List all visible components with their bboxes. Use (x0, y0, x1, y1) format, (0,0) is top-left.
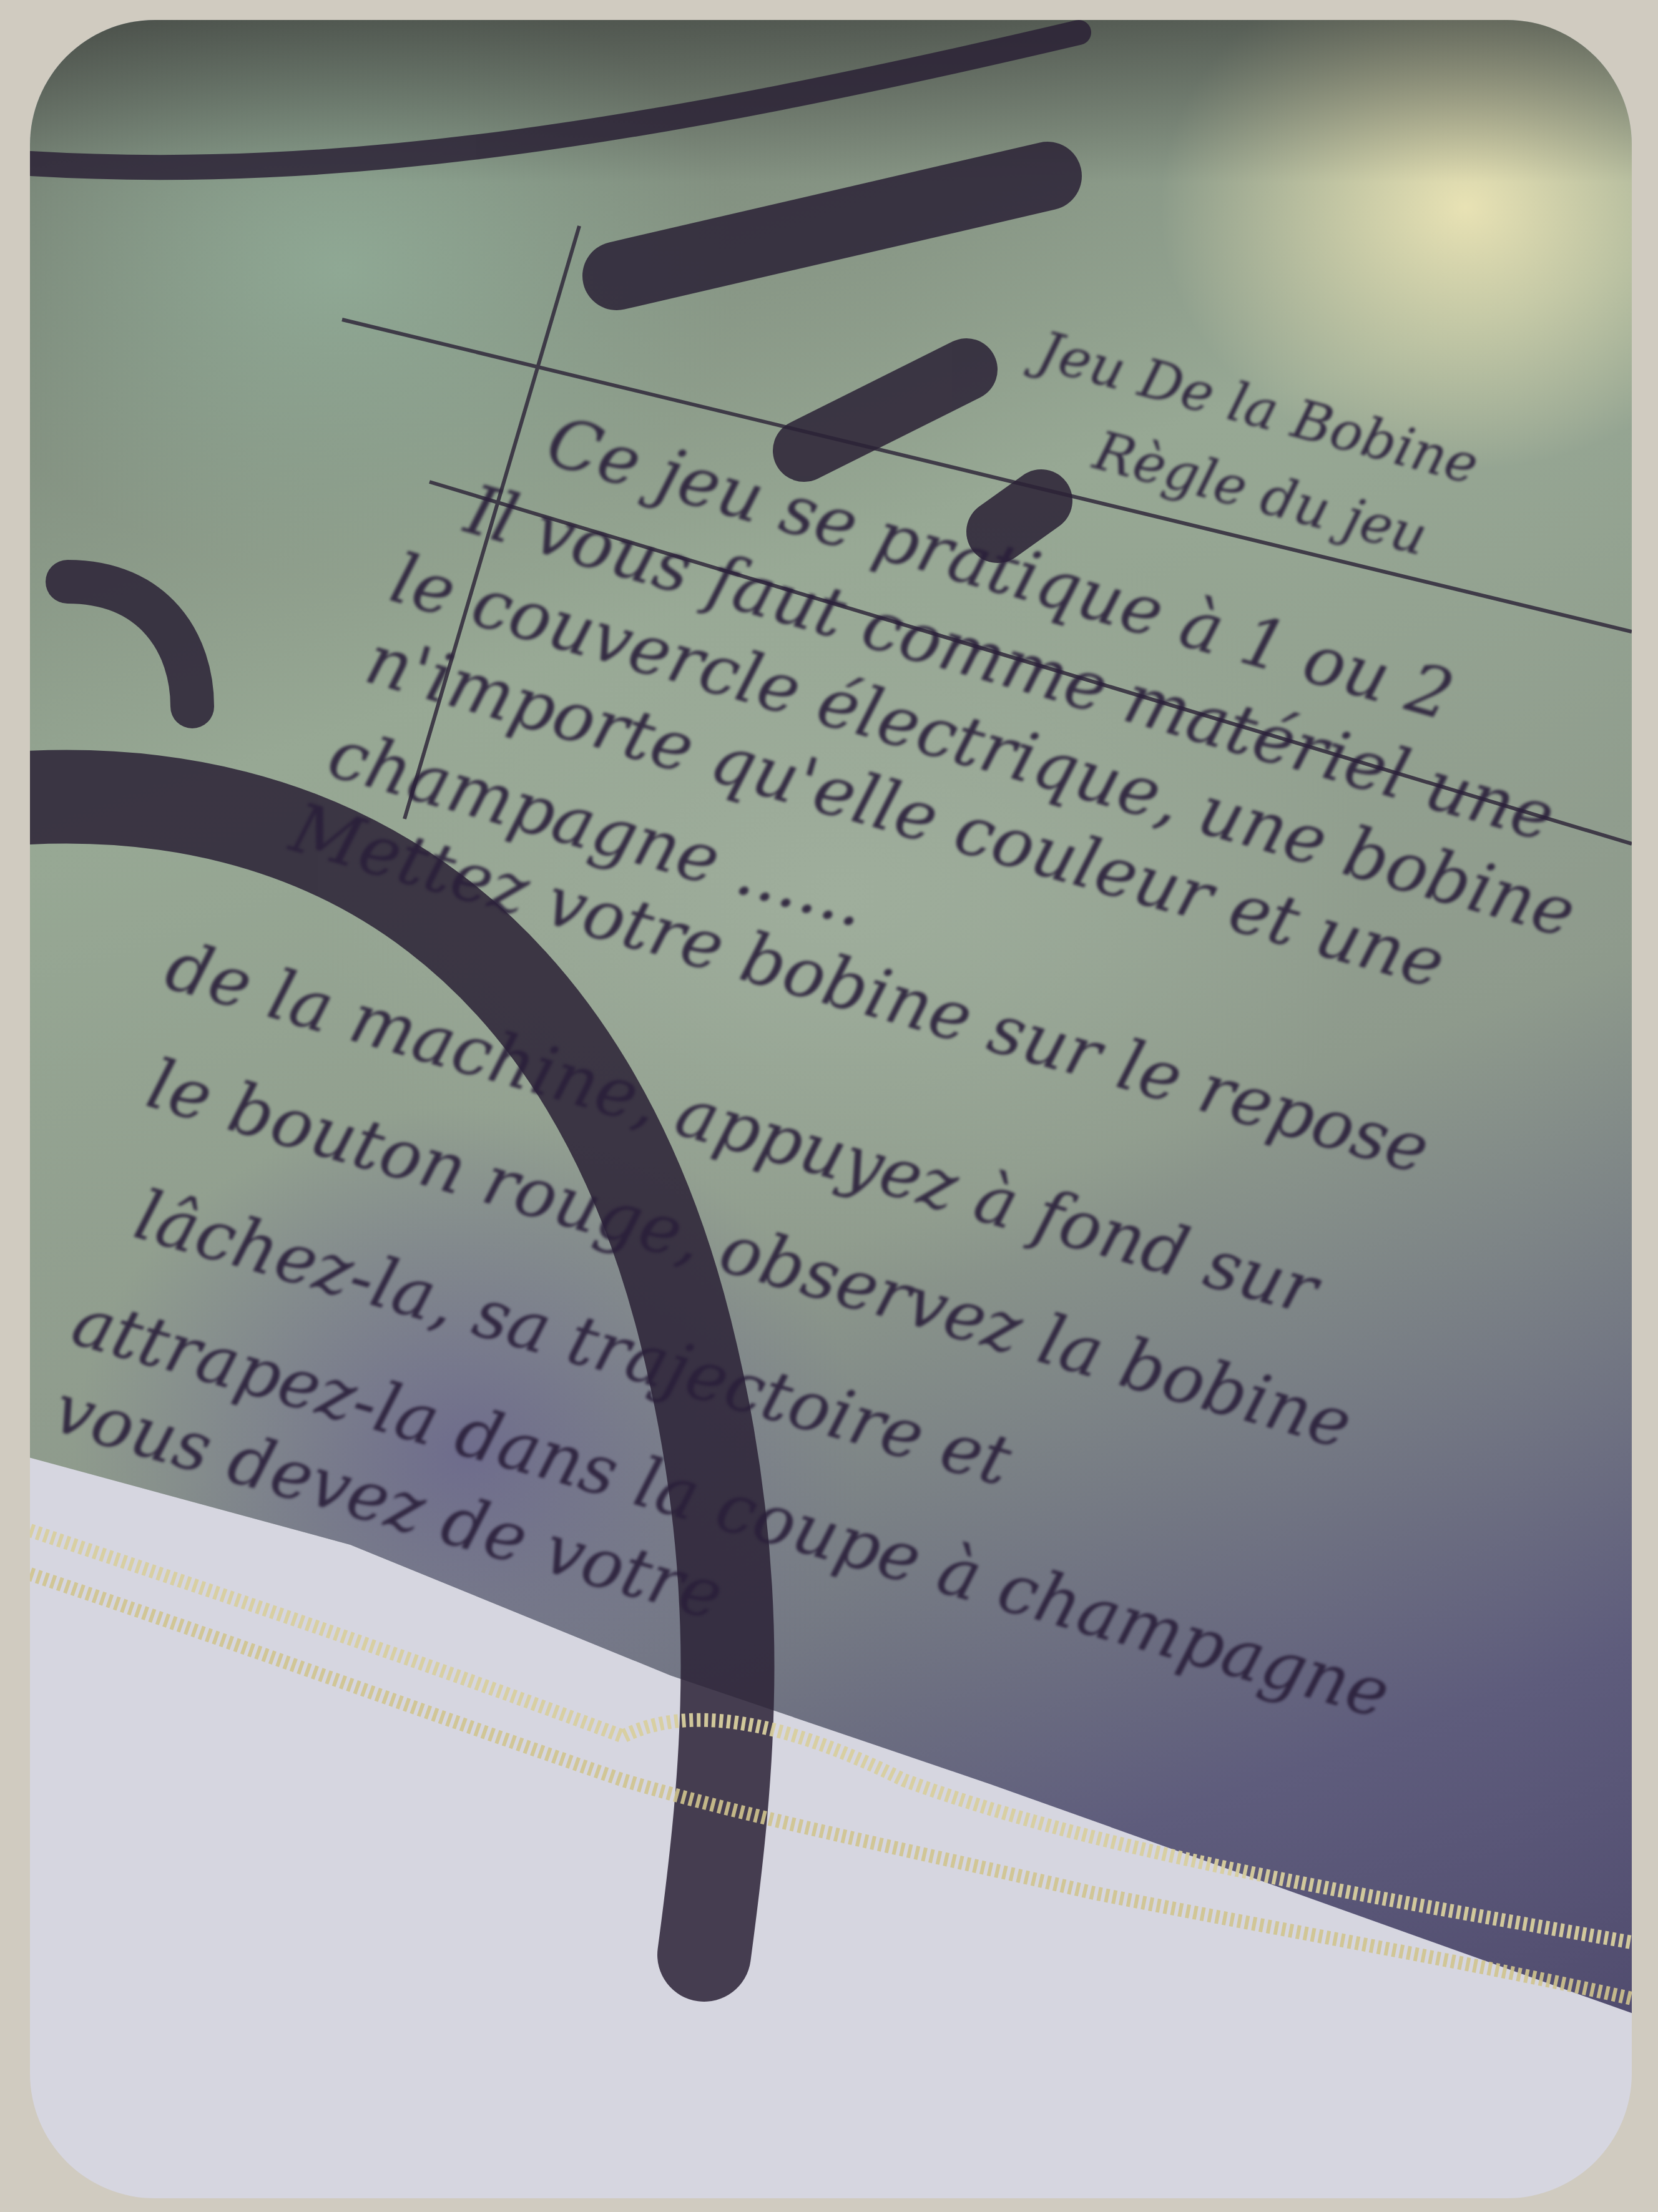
photo-frame: Jeu De la Bobine Règle du jeu Ce jeu se … (30, 20, 1632, 2198)
overlock-seam (30, 20, 1632, 2198)
